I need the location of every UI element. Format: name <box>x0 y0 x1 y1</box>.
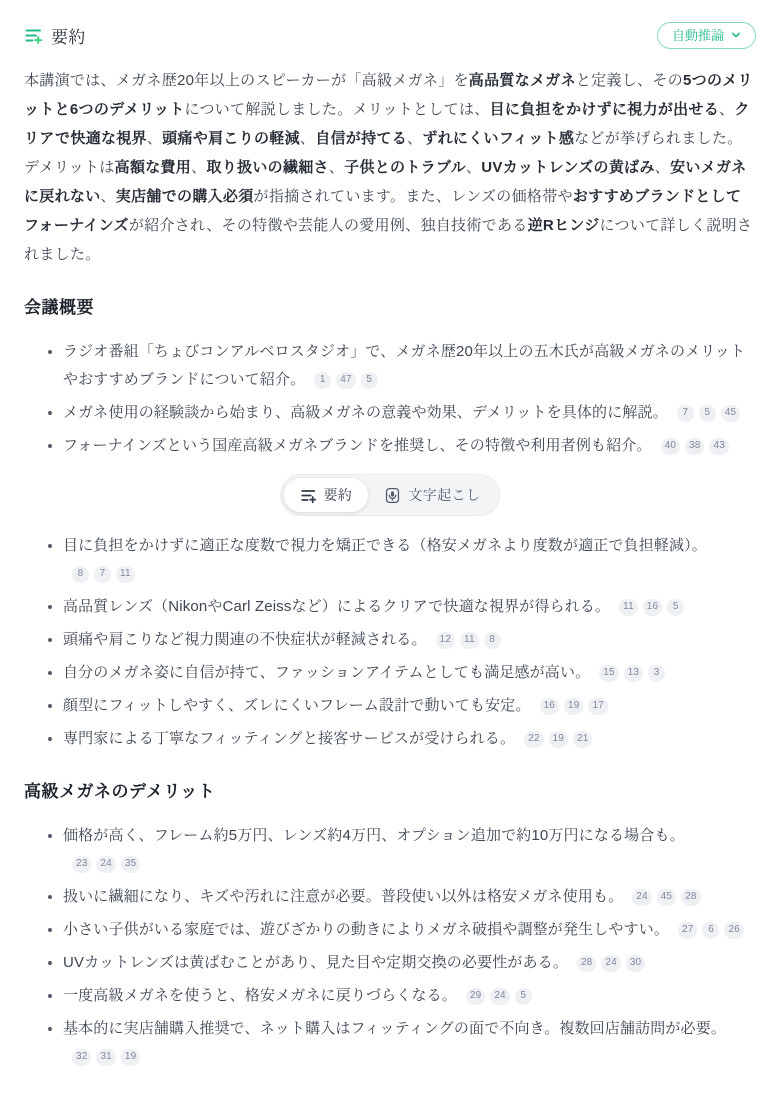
citation-badge[interactable]: 5 <box>699 405 716 422</box>
list-item: フォーナインズという国産高級メガネブランドを推奨し、その特徴や利用者例も紹介。4… <box>46 432 756 460</box>
view-toggle: 要約 文字起こし <box>280 474 501 516</box>
citation-badge[interactable]: 7 <box>677 405 694 422</box>
citation-badges: 29245 <box>461 987 532 1004</box>
citation-badge[interactable]: 19 <box>121 1049 140 1066</box>
list-item-text: 価格が高く、フレーム約5万円、レンズ約4万円、オプション追加で約10万円になる場… <box>63 827 685 844</box>
tab-transcript-label: 文字起こし <box>408 485 480 505</box>
citation-badges: 8711 <box>67 565 135 582</box>
list-item-text: 一度高級メガネを使うと、格安メガネに戻りづらくなる。 <box>63 987 457 1004</box>
citation-badge[interactable]: 11 <box>619 599 638 616</box>
list-item: ラジオ番組「ちょびコンアルベロスタジオ」で、メガネ歴20年以上の五木氏が高級メガ… <box>46 338 756 394</box>
demerit-list: 価格が高く、フレーム約5万円、レンズ約4万円、オプション追加で約10万円になる場… <box>24 822 756 1071</box>
list-item-text: 自分のメガネ姿に自信が持て、ファッションアイテムとしても満足感が高い。 <box>63 664 590 681</box>
citation-badges: 1475 <box>309 371 377 388</box>
header: 要約 自動推論 <box>24 20 756 50</box>
section-heading-overview: 会議概要 <box>24 293 756 318</box>
list-item: UVカットレンズは黄ばむことがあり、見た目や定期交換の必要性がある。282430 <box>46 949 756 977</box>
citation-badge[interactable]: 11 <box>460 632 479 649</box>
list-item: 基本的に実店舗購入推奨で、ネット購入はフィッティングの面で不向き。複数回店舗訪問… <box>46 1015 756 1071</box>
citation-badge[interactable]: 24 <box>96 856 115 873</box>
list-item-text: 小さい子供がいる家庭では、遊びざかりの動きによりメガネ破損や調整が発生しやすい。 <box>63 921 669 938</box>
citation-badge[interactable]: 19 <box>549 731 568 748</box>
citation-badge[interactable]: 5 <box>361 372 378 389</box>
citation-badge[interactable]: 23 <box>72 856 91 873</box>
auto-inference-label: 自動推論 <box>672 29 724 42</box>
list-plus-icon <box>24 26 43 45</box>
citation-badge[interactable]: 40 <box>661 438 680 455</box>
list-item: 頭痛や肩こりなど視力関連の不快症状が軽減される。12118 <box>46 626 756 654</box>
citation-badge[interactable]: 38 <box>685 438 704 455</box>
citation-badge[interactable]: 8 <box>484 632 501 649</box>
citation-badge[interactable]: 28 <box>577 955 596 972</box>
view-toggle-wrap: 要約 文字起こし <box>24 474 756 516</box>
citation-badge[interactable]: 29 <box>466 988 485 1005</box>
citation-badge[interactable]: 27 <box>678 922 697 939</box>
citation-badge[interactable]: 22 <box>524 731 543 748</box>
tab-transcript[interactable]: 文字起こし <box>368 478 496 512</box>
list-item: 価格が高く、フレーム約5万円、レンズ約4万円、オプション追加で約10万円になる場… <box>46 822 756 878</box>
list-item-text: メガネ使用の経験談から始まり、高級メガネの意義や効果、デメリットを具体的に解説。 <box>63 404 668 421</box>
auto-inference-button[interactable]: 自動推論 <box>657 22 756 49</box>
citation-badge[interactable]: 11 <box>116 566 135 583</box>
citation-badge[interactable]: 8 <box>72 566 89 583</box>
citation-badge[interactable]: 45 <box>721 405 740 422</box>
list-item-text: 専門家による丁寧なフィッティングと接客サービスが受けられる。 <box>63 730 515 747</box>
list-item: 自分のメガネ姿に自信が持て、ファッションアイテムとしても満足感が高い。15133 <box>46 659 756 687</box>
citation-badge[interactable]: 21 <box>573 731 592 748</box>
citation-badge[interactable]: 45 <box>657 889 676 906</box>
citation-badge[interactable]: 31 <box>96 1049 115 1066</box>
list-item-text: 頭痛や肩こりなど視力関連の不快症状が軽減される。 <box>63 631 427 648</box>
doc-mic-icon <box>384 487 401 504</box>
citation-badges: 403843 <box>656 437 729 454</box>
citation-badge[interactable]: 5 <box>667 599 684 616</box>
citation-badge[interactable]: 13 <box>624 665 643 682</box>
citation-badges: 15133 <box>594 664 665 681</box>
list-item-text: UVカットレンズは黄ばむことがあり、見た目や定期交換の必要性がある。 <box>63 954 568 971</box>
list-item: 一度高級メガネを使うと、格安メガネに戻りづらくなる。29245 <box>46 982 756 1010</box>
list-item-text: ラジオ番組「ちょびコンアルベロスタジオ」で、メガネ歴20年以上の五木氏が高級メガ… <box>63 343 745 388</box>
citation-badges: 221921 <box>519 730 592 747</box>
list-item: 扱いに繊細になり、キズや汚れに注意が必要。普段使い以外は格安メガネ使用も。244… <box>46 883 756 911</box>
citation-badge[interactable]: 16 <box>643 599 662 616</box>
citation-badge[interactable]: 6 <box>702 922 719 939</box>
citation-badge[interactable]: 7 <box>94 566 111 583</box>
citation-badge[interactable]: 16 <box>540 698 559 715</box>
list-item-text: 基本的に実店舗購入推奨で、ネット購入はフィッティングの面で不向き。複数回店舗訪問… <box>63 1020 726 1037</box>
list-item-text: フォーナインズという国産高級メガネブランドを推奨し、その特徴や利用者例も紹介。 <box>63 437 652 454</box>
list-item: 顔型にフィットしやすく、ズレにくいフレーム設計で動いても安定。161917 <box>46 692 756 720</box>
citation-badge[interactable]: 47 <box>336 372 355 389</box>
list-item: 高品質レンズ（NikonやCarl Zeissなど）によるクリアで快適な視界が得… <box>46 593 756 621</box>
citation-badges: 161917 <box>535 697 608 714</box>
citation-badge[interactable]: 26 <box>724 922 743 939</box>
citation-badges: 7545 <box>672 404 740 421</box>
citation-badge[interactable]: 30 <box>626 955 645 972</box>
citation-badge[interactable]: 19 <box>564 698 583 715</box>
tab-summary[interactable]: 要約 <box>284 478 369 512</box>
page-title: 要約 <box>51 23 86 48</box>
citation-badges: 232435 <box>67 855 140 872</box>
overview-list: ラジオ番組「ちょびコンアルベロスタジオ」で、メガネ歴20年以上の五木氏が高級メガ… <box>24 338 756 460</box>
list-item-text: 高品質レンズ（NikonやCarl Zeissなど）によるクリアで快適な視界が得… <box>63 598 610 615</box>
merit-list: 目に負担をかけずに適正な度数で視力を矯正できる（格安メガネより度数が適正で負担軽… <box>24 532 756 753</box>
citation-badge[interactable]: 5 <box>515 988 532 1005</box>
list-item: 目に負担をかけずに適正な度数で視力を矯正できる（格安メガネより度数が適正で負担軽… <box>46 532 756 588</box>
citation-badges: 12118 <box>431 631 501 648</box>
citation-badge[interactable]: 32 <box>72 1049 91 1066</box>
citation-badges: 11165 <box>614 598 684 615</box>
citation-badge[interactable]: 15 <box>599 665 618 682</box>
citation-badge[interactable]: 28 <box>681 889 700 906</box>
title-wrap: 要約 <box>24 23 86 48</box>
citation-badges: 244528 <box>627 888 700 905</box>
citation-badge[interactable]: 35 <box>121 856 140 873</box>
summary-paragraph: 本講演では、メガネ歴20年以上のスピーカーが「高級メガネ」を高品質なメガネと定義… <box>24 66 756 269</box>
citation-badges: 27626 <box>673 921 744 938</box>
citation-badge[interactable]: 12 <box>436 632 455 649</box>
citation-badge[interactable]: 24 <box>601 955 620 972</box>
citation-badge[interactable]: 3 <box>648 665 665 682</box>
citation-badge[interactable]: 1 <box>314 372 331 389</box>
list-item: メガネ使用の経験談から始まり、高級メガネの意義や効果、デメリットを具体的に解説。… <box>46 399 756 427</box>
tab-summary-label: 要約 <box>324 485 353 505</box>
citation-badge[interactable]: 24 <box>490 988 509 1005</box>
citation-badges: 282430 <box>572 954 645 971</box>
list-item-text: 顔型にフィットしやすく、ズレにくいフレーム設計で動いても安定。 <box>63 697 531 714</box>
citation-badge[interactable]: 24 <box>632 889 651 906</box>
citation-badges: 323119 <box>67 1048 140 1065</box>
list-item: 専門家による丁寧なフィッティングと接客サービスが受けられる。221921 <box>46 725 756 753</box>
list-plus-icon <box>300 487 317 504</box>
chevron-down-icon <box>731 30 741 40</box>
list-item: 小さい子供がいる家庭では、遊びざかりの動きによりメガネ破損や調整が発生しやすい。… <box>46 916 756 944</box>
list-item-text: 目に負担をかけずに適正な度数で視力を矯正できる（格安メガネより度数が適正で負担軽… <box>63 537 707 554</box>
citation-badge[interactable]: 43 <box>709 438 728 455</box>
citation-badge[interactable]: 17 <box>588 698 607 715</box>
list-item-text: 扱いに繊細になり、キズや汚れに注意が必要。普段使い以外は格安メガネ使用も。 <box>63 888 623 905</box>
section-heading-demerits: 高級メガネのデメリット <box>24 777 756 802</box>
